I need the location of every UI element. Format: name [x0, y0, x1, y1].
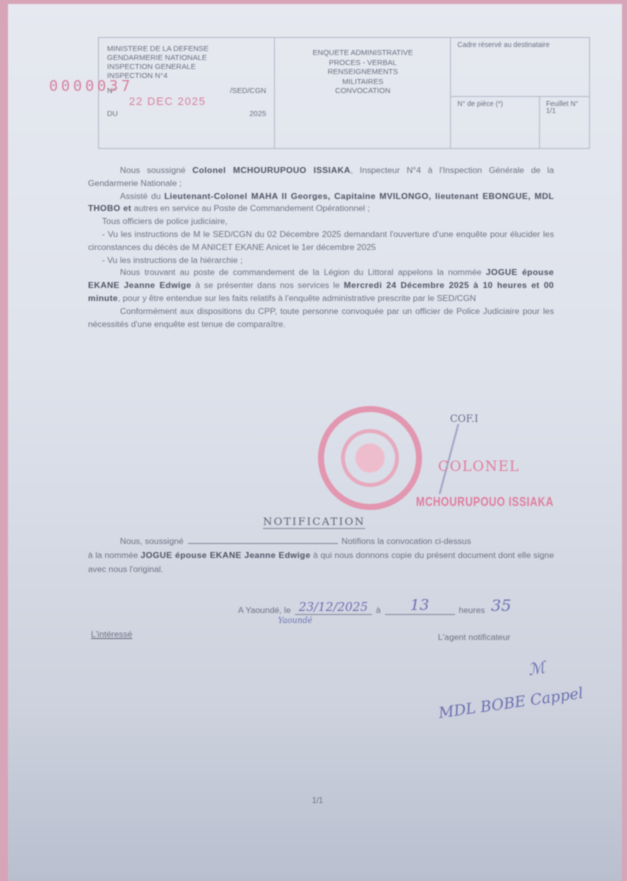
du-label: DU [107, 109, 118, 118]
convocation-body: Nous soussigné Colonel MCHOURUPOUO ISSIA… [88, 164, 554, 330]
notifier-blank [188, 535, 338, 544]
text: Assisté du [120, 191, 164, 201]
a-label: à [376, 605, 381, 615]
handwritten-date: 23/12/2025 [295, 600, 372, 615]
paragraph-legal: Conformément aux dispositions du CPP, to… [88, 305, 554, 331]
paragraph-instructions: - Vu les instructions de M le SED/CGN du… [88, 228, 554, 254]
text: , pour y être entendue sur les faits rel… [118, 293, 476, 303]
doc-type-line: MILITAIRES [283, 77, 442, 87]
place-prefix: A Yaoundé, le [238, 605, 291, 615]
doc-type-line: ENQUETE ADMINISTRATIVE [283, 48, 442, 58]
handwritten-minute: 35 [491, 596, 511, 615]
paragraph-hierarchy: - Vu les instructions de la hiérarchie ; [88, 254, 554, 267]
stamp-date: 22 DEC 2025 [129, 98, 206, 107]
notification-line: Nous, soussignéNotifions la convocation … [88, 534, 554, 548]
paragraph-summons: Nous trouvant au poste de commandement d… [88, 266, 554, 304]
signature-block: COF.I COLONEL [438, 414, 588, 475]
reserved-label: Cadre réservé au destinataire [451, 38, 589, 97]
text: Notifions la convocation ci-dessus [342, 536, 471, 546]
text: Nous soussigné [120, 165, 192, 175]
handwritten-place: Yaoundé [278, 616, 312, 625]
notified-person: JOGUE épouse EKANE Jeanne Edwige [141, 550, 311, 560]
text: Nous, soussigné [120, 536, 184, 546]
page-number: 1/1 [312, 796, 323, 805]
agent-label: L'agent notificateur [438, 632, 510, 642]
header-document-type: ENQUETE ADMINISTRATIVE PROCES - VERBAL R… [275, 38, 451, 148]
stamp-number: 0000037 [49, 82, 133, 91]
doc-type-line: CONVOCATION [283, 86, 442, 96]
piece-number-label: N° de pièce (*) [451, 97, 540, 148]
ref-suffix: /SED/CGN [230, 86, 266, 95]
signature-cof: COF.I [450, 414, 588, 425]
doc-type-line: RENSEIGNEMENTS [283, 67, 442, 77]
signature-rank: COLONEL [438, 459, 588, 475]
feuillet-count: Feuillet N° 1/1 [540, 97, 589, 148]
official-seal [318, 406, 422, 510]
authority-line: INSPECTION GENERALE [107, 62, 266, 71]
notification-dateline: A Yaoundé, le 23/12/2025 à 13 heures 35 [238, 596, 511, 615]
header-table: MINISTERE DE LA DEFENSE GENDARMERIE NATI… [98, 37, 590, 149]
header-authority: MINISTERE DE LA DEFENSE GENDARMERIE NATI… [99, 38, 275, 148]
header-reserved: Cadre réservé au destinataire N° de pièc… [451, 38, 589, 148]
paragraph-officer: Nous soussigné Colonel MCHOURUPOUO ISSIA… [88, 164, 554, 190]
signature-name: MCHOURUPOUO ISSIAKA [416, 494, 554, 509]
authority-line: MINISTERE DE LA DEFENSE [107, 44, 266, 53]
text: à la nommée [88, 550, 141, 560]
text: à se présenter dans nos services le [191, 280, 343, 290]
paragraph-officers: Tous officiers de police judiciaire, [88, 215, 554, 228]
year: 2025 [250, 109, 267, 118]
document-page: MINISTERE DE LA DEFENSE GENDARMERIE NATI… [8, 4, 622, 881]
handwritten-hour: 13 [385, 596, 455, 615]
paragraph-assistants: Assisté du Lieutenant-Colonel MAHA II Ge… [88, 190, 554, 216]
interesse-label: L'intéressé [91, 629, 132, 639]
authority-line: GENDARMERIE NATIONALE [107, 53, 266, 62]
notification-title: NOTIFICATION [263, 516, 365, 529]
text: autres en service au Poste de Commandeme… [131, 203, 369, 213]
notification-body: Nous, soussignéNotifions la convocation … [88, 534, 554, 576]
text: Nous trouvant au poste de commandement d… [120, 267, 486, 277]
agent-signature: MDL BOBE Cappel [437, 684, 584, 722]
doc-type-line: PROCES - VERBAL [283, 58, 442, 68]
agent-initials: ℳ [526, 658, 546, 680]
hour-label: heures [459, 605, 485, 615]
date-row: DU 2025 [107, 109, 266, 118]
officer-name: Colonel MCHOURUPOUO ISSIAKA [192, 165, 350, 175]
notification-line: à la nommée JOGUE épouse EKANE Jeanne Ed… [88, 548, 554, 576]
